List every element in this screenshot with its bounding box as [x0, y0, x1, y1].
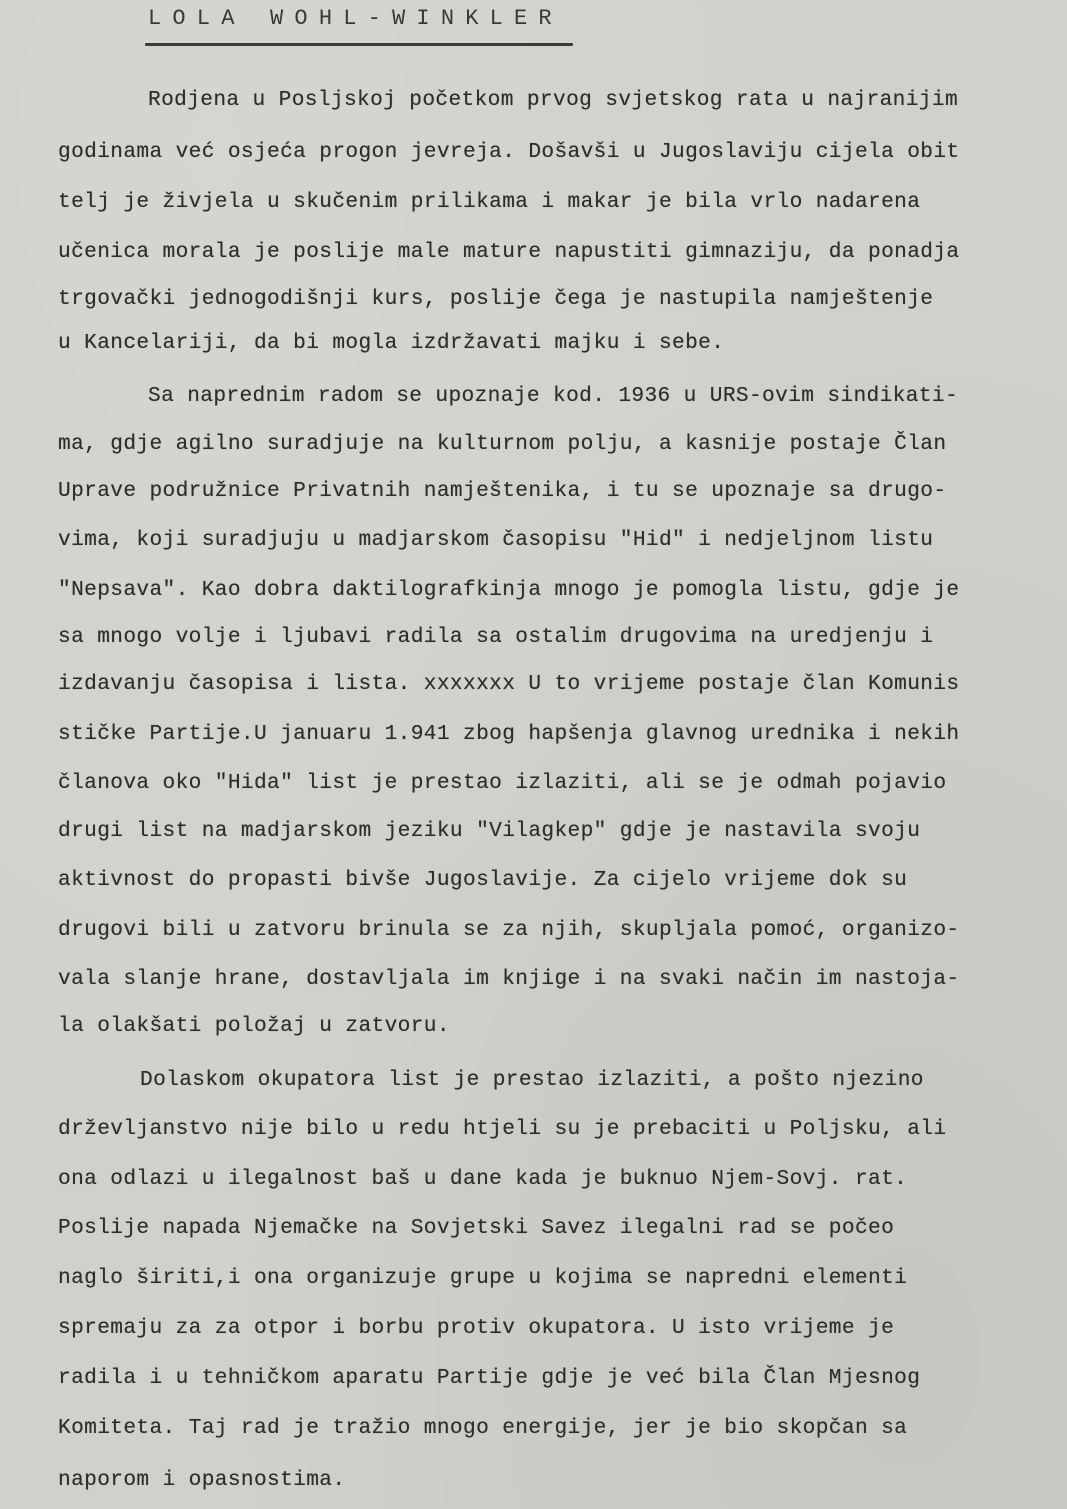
text-line: učenica morala je poslije male mature na… — [58, 240, 959, 264]
text-line: ona odlazi u ilegalnost baš u dane kada … — [58, 1167, 907, 1191]
text-line: Poslije napada Njemačke na Sovjetski Sav… — [58, 1216, 894, 1240]
document-title: LOLA WOHL-WINKLER — [148, 6, 563, 31]
text-line: naporom i opasnostima. — [58, 1468, 345, 1492]
text-line: Sa naprednim radom se upoznaje kod. 1936… — [148, 384, 958, 408]
text-line: godinama već osjeća progon jevreja. Doša… — [58, 140, 959, 164]
text-line: Komiteta. Taj rad je tražio mnogo energi… — [58, 1416, 907, 1440]
text-line: radila i u tehničkom aparatu Partije gdj… — [58, 1366, 920, 1390]
text-line: telj je živjela u skučenim prilikama i m… — [58, 190, 920, 214]
title-underline — [145, 43, 573, 46]
text-line: vima, koji suradjuju u madjarskom časopi… — [58, 528, 933, 552]
text-line: drugovi bili u zatvoru brinula se za nji… — [58, 918, 959, 942]
text-line: izdavanju časopisa i lista. xxxxxxx U to… — [58, 672, 959, 696]
text-line: Dolaskom okupatora list je prestao izlaz… — [140, 1068, 924, 1092]
text-line: trgovački jednogodišnji kurs, poslije če… — [58, 287, 933, 311]
text-line: članova oko "Hida" list je prestao izlaz… — [58, 771, 946, 795]
text-line: vala slanje hrane, dostavljala im knjige… — [58, 967, 959, 991]
text-line: spremaju za za otpor i borbu protiv okup… — [58, 1316, 894, 1340]
typewritten-page: LOLA WOHL-WINKLER Rodjena u Posljskoj po… — [0, 0, 1067, 1509]
text-line: u Kancelariji, da bi mogla izdržavati ma… — [58, 331, 724, 355]
text-line: drževljanstvo nije bilo u redu htjeli su… — [58, 1117, 946, 1141]
text-line: Rodjena u Posljskoj početkom prvog svjet… — [148, 88, 958, 112]
text-line: la olakšati položaj u zatvoru. — [58, 1014, 450, 1038]
text-line: Uprave podružnice Privatnih namještenika… — [58, 479, 946, 503]
text-line: stičke Partije.U januaru 1.941 zbog hapš… — [58, 722, 959, 746]
text-line: "Nepsava". Kao dobra daktilografkinja mn… — [58, 578, 959, 602]
text-line: aktivnost do propasti bivše Jugoslavije.… — [58, 868, 907, 892]
text-line: ma, gdje agilno suradjuje na kulturnom p… — [58, 432, 946, 456]
text-line: drugi list na madjarskom jeziku "Vilagke… — [58, 819, 920, 843]
text-line: sa mnogo volje i ljubavi radila sa ostal… — [58, 625, 933, 649]
text-line: naglo širiti,i ona organizuje grupe u ko… — [58, 1266, 907, 1290]
